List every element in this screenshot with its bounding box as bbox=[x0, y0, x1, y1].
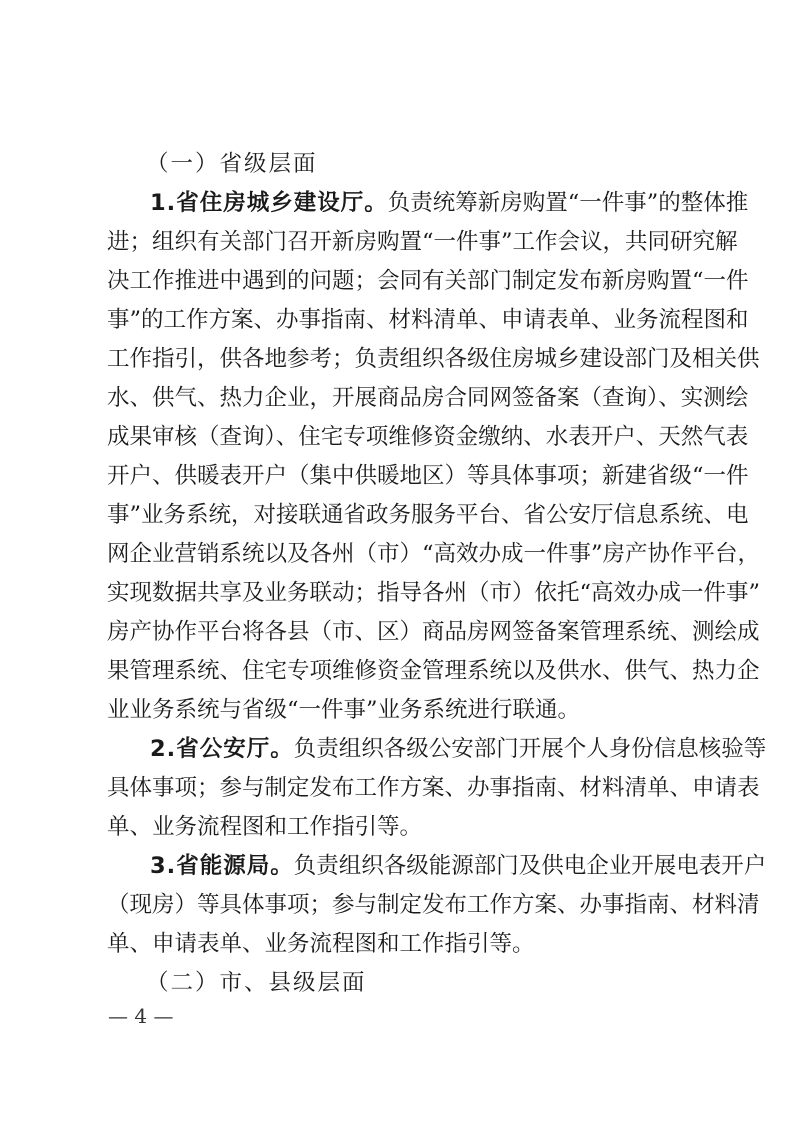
paragraph-line: 事”业务系统，对接联通省政务服务平台、省公安厅信息系统、电 bbox=[107, 501, 691, 529]
paragraph-line: 2.省公安厅。负责组织各级公安部门开展个人身份信息核验等 bbox=[150, 735, 691, 763]
section-heading-provincial: （一）省级层面 bbox=[146, 150, 318, 178]
paragraph-line: 事”的工作方案、办事指南、材料清单、申请表单、业务流程图和 bbox=[107, 306, 691, 334]
document-page: （一）省级层面 1.省住房城乡建设厅。负责统筹新房购置“一件事”的整体推 进；组… bbox=[0, 0, 793, 1122]
item-title: 3.省能源局。 bbox=[150, 853, 294, 879]
paragraph-line: 业业务系统与省级“一件事”业务系统进行联通。 bbox=[107, 696, 691, 724]
section-heading-city-county: （二）市、县级层面 bbox=[146, 969, 367, 997]
page-number: — 4 — bbox=[108, 1004, 173, 1028]
paragraph-line: 开户、供暖表开户（集中供暖地区）等具体事项；新建省级“一件 bbox=[107, 462, 691, 490]
item-title: 2.省公安厅。 bbox=[150, 736, 294, 762]
paragraph-line: 单、业务流程图和工作指引等。 bbox=[107, 813, 691, 841]
paragraph-line: 3.省能源局。负责组织各级能源部门及供电企业开展电表开户 bbox=[150, 852, 691, 880]
paragraph-line: 成果审核（查询）、住宅专项维修资金缴纳、水表开户、天然气表 bbox=[107, 423, 691, 451]
item-title: 1.省住房城乡建设厅。 bbox=[150, 190, 388, 216]
paragraph-line: 果管理系统、住宅专项维修资金管理系统以及供水、供气、热力企 bbox=[107, 657, 691, 685]
paragraph-line: 决工作推进中遇到的问题；会同有关部门制定发布新房购置“一件 bbox=[107, 267, 691, 295]
paragraph-line: （现房）等具体事项；参与制定发布工作方案、办事指南、材料清 bbox=[107, 891, 691, 919]
paragraph-line: 实现数据共享及业务联动；指导各州（市）依托“高效办成一件事” bbox=[107, 579, 691, 607]
paragraph-line: 水、供气、热力企业，开展商品房合同网签备案（查询）、实测绘 bbox=[107, 384, 691, 412]
paragraph-line: 进；组织有关部门召开新房购置“一件事”工作会议，共同研究解 bbox=[107, 228, 691, 256]
paragraph-line: 工作指引，供各地参考；负责组织各级住房城乡建设部门及相关供 bbox=[107, 345, 691, 373]
paragraph-line: 1.省住房城乡建设厅。负责统筹新房购置“一件事”的整体推 bbox=[150, 189, 691, 217]
paragraph-line: 网企业营销系统以及各州（市）“高效办成一件事”房产协作平台， bbox=[107, 540, 691, 568]
paragraph-line: 房产协作平台将各县（市、区）商品房网签备案管理系统、测绘成 bbox=[107, 618, 691, 646]
paragraph-line: 具体事项；参与制定发布工作方案、办事指南、材料清单、申请表 bbox=[107, 774, 691, 802]
paragraph-line: 单、申请表单、业务流程图和工作指引等。 bbox=[107, 930, 691, 958]
